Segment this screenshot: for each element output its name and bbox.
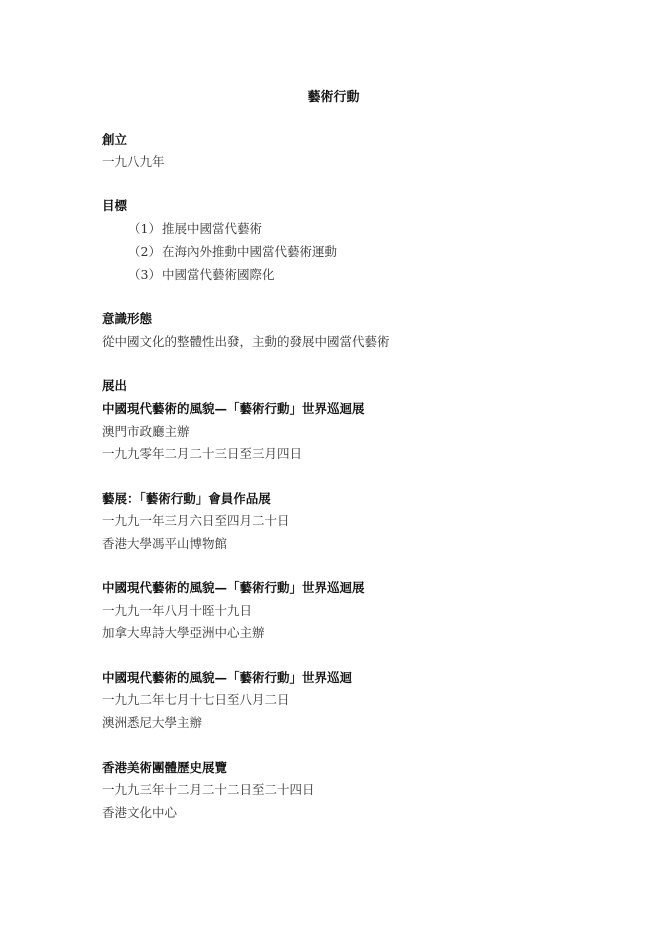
founded-value: 一九八九年 bbox=[102, 154, 165, 170]
document-page: 藝術行動 創立 一九八九年 目標 （1）推展中國當代藝術 （2）在海內外推動中國… bbox=[0, 0, 667, 944]
exhibition-detail: 一九九一年八月十晊十九日 bbox=[102, 603, 252, 619]
exhibition-title: 中國現代藝術的風貌—「藝術行動」世界巡迴展 bbox=[102, 580, 365, 596]
exhibition-detail: 香港大學馮平山博物館 bbox=[102, 536, 227, 552]
goal-text: 中國當代藝術國際化 bbox=[162, 267, 275, 282]
exhibition-detail: 香港文化中心 bbox=[102, 805, 177, 821]
founded-heading: 創立 bbox=[102, 132, 127, 148]
exhibition-title: 香港美術團體歷史展覽 bbox=[102, 760, 227, 776]
exhibition-detail: 一九九零年二月二十三日至三月四日 bbox=[102, 446, 302, 462]
goal-number: （1） bbox=[128, 221, 162, 237]
exhibition-title: 中國現代藝術的風貌—「藝術行動」世界巡迴展 bbox=[102, 401, 365, 417]
exhibitions-heading: 展出 bbox=[102, 378, 127, 394]
goal-item: （3）中國當代藝術國際化 bbox=[128, 267, 275, 283]
goal-number: （3） bbox=[128, 267, 162, 283]
exhibition-detail: 一九九三年十二月二十二日至二十四日 bbox=[102, 782, 315, 798]
goal-item: （1）推展中國當代藝術 bbox=[128, 221, 262, 237]
exhibition-detail: 一九九一年三月六日至四月二十日 bbox=[102, 513, 290, 529]
ideology-value: 從中國文化的整體性出發，主動的發展中國當代藝術 bbox=[102, 334, 390, 350]
goal-number: （2） bbox=[128, 244, 162, 260]
goals-heading: 目標 bbox=[102, 198, 127, 214]
page-title: 藝術行動 bbox=[0, 86, 667, 105]
ideology-heading: 意識形態 bbox=[102, 311, 152, 327]
goal-item: （2）在海內外推動中國當代藝術運動 bbox=[128, 244, 337, 260]
exhibition-detail: 一九九二年七月十七日至八月二日 bbox=[102, 692, 290, 708]
exhibition-detail: 加拿大卑詩大學亞洲中心主辦 bbox=[102, 625, 265, 641]
goal-text: 在海內外推動中國當代藝術運動 bbox=[162, 244, 337, 259]
exhibition-title: 中國現代藝術的風貌—「藝術行動」世界巡迴 bbox=[102, 670, 352, 686]
exhibition-title: 藝展：「藝術行動」會員作品展 bbox=[102, 491, 271, 507]
exhibition-detail: 澳門市政廳主辦 bbox=[102, 424, 190, 440]
exhibition-detail: 澳洲悉尼大學主辦 bbox=[102, 715, 202, 731]
goal-text: 推展中國當代藝術 bbox=[162, 221, 262, 236]
